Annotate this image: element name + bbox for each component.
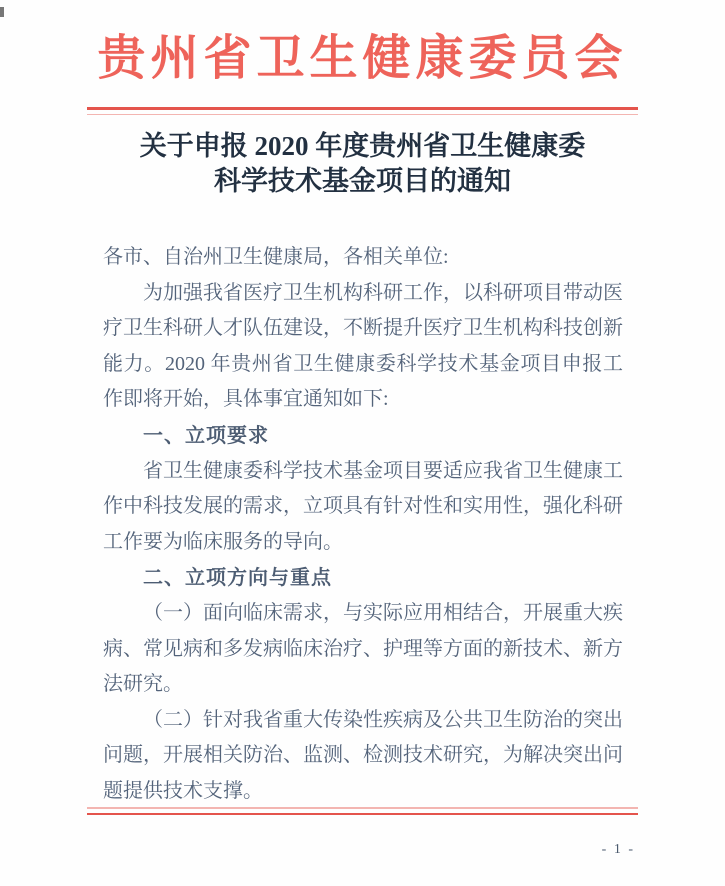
- paragraph-intro: 为加强我省医疗卫生机构科研工作，以科研项目带动医疗卫生科研人才队伍建设，不断提升…: [103, 276, 623, 418]
- rule-light-line: [87, 114, 638, 116]
- rule-strong-line: [87, 813, 638, 816]
- document-title: 关于申报 2020 年度贵州省卫生健康委 科学技术基金项目的通知: [0, 129, 725, 199]
- letterhead-double-rule: [87, 107, 638, 115]
- salutation: 各市、自治州卫生健康局，各相关单位:: [103, 240, 623, 276]
- document-title-line-1: 关于申报 2020 年度贵州省卫生健康委: [0, 129, 725, 164]
- section-heading-2: 二、立项方向与重点: [103, 560, 623, 596]
- document-title-line-2: 科学技术基金项目的通知: [0, 164, 725, 199]
- paragraph-item-2: （二）针对我省重大传染性疾病及公共卫生防治的突出问题，开展相关防治、监测、检测技…: [103, 703, 623, 810]
- page-number: - 1 -: [602, 842, 635, 858]
- document-body: 各市、自治州卫生健康局，各相关单位: 为加强我省医疗卫生机构科研工作，以科研项目…: [103, 240, 623, 810]
- letterhead-agency-name: 贵州省卫生健康委员会: [0, 26, 725, 92]
- footer-double-rule: [87, 807, 638, 815]
- scan-artifact-mark: [0, 7, 4, 17]
- paragraph-item-1: （一）面向临床需求，与实际应用相结合，开展重大疾病、常见病和多发病临床治疗、护理…: [103, 596, 623, 703]
- scanned-document-page: 贵州省卫生健康委员会 关于申报 2020 年度贵州省卫生健康委 科学技术基金项目…: [0, 0, 725, 886]
- section-heading-1: 一、立项要求: [103, 418, 623, 454]
- paragraph-section-1: 省卫生健康委科学技术基金项目要适应我省卫生健康工作中科技发展的需求，立项具有针对…: [103, 454, 623, 561]
